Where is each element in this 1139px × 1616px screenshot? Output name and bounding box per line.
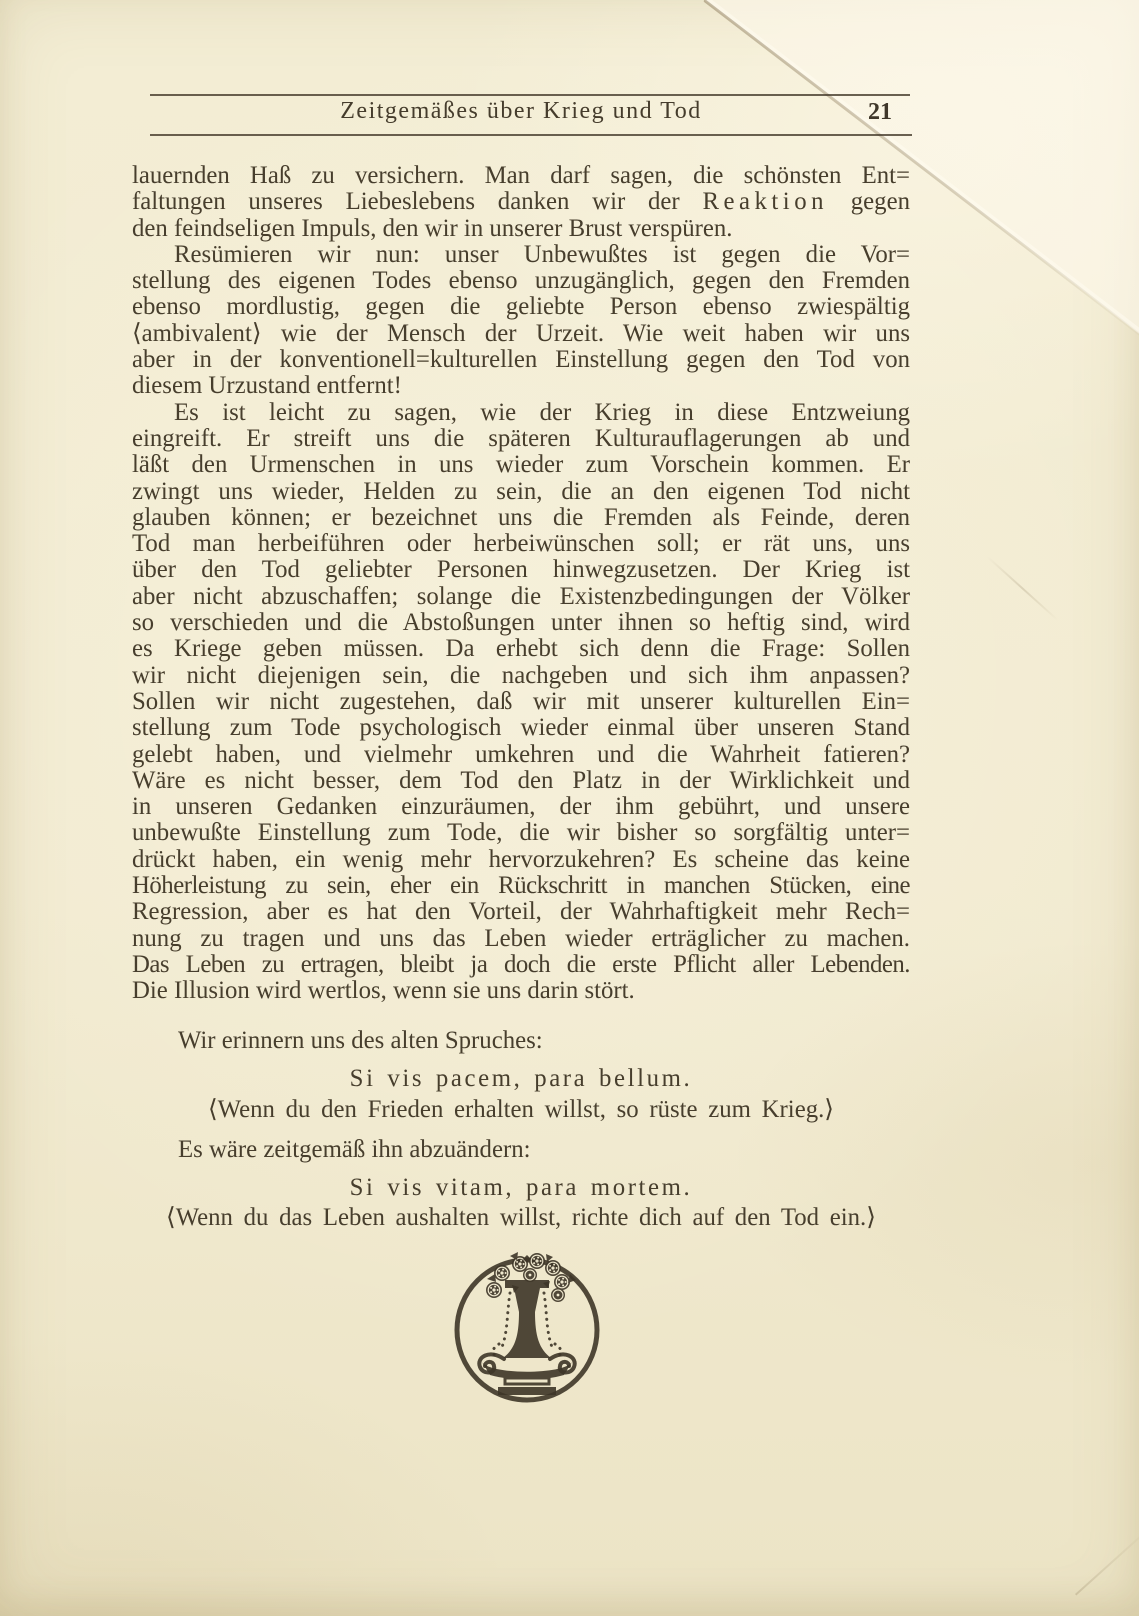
text-line: stellung zum Tode psychologisch wieder e… xyxy=(132,715,910,741)
latin-quote: Si vis pacem, para bellum. xyxy=(132,1066,910,1092)
header-rule-top xyxy=(150,94,910,96)
text-line: über den Tod geliebter Personen hinwegzu… xyxy=(132,557,910,583)
text-line: Die Illusion wird wertlos, wenn sie uns … xyxy=(132,978,910,1004)
header-rule-bottom xyxy=(150,134,912,136)
text-line: Es ist leicht zu sagen, wie der Krieg in… xyxy=(132,400,910,426)
printers-ornament-graphic xyxy=(442,1247,612,1417)
text-line: unbewußte Einstellung zum Tode, die wir … xyxy=(132,820,910,846)
text-line: den feindseligen Impuls, den wir in unse… xyxy=(132,216,910,242)
letterspaced-word: Reaktion xyxy=(702,188,828,215)
aphorism-intro: Wir erinnern uns des alten Spruches: xyxy=(132,1028,910,1054)
text-line: lauernden Haß zu versichern. Man darf sa… xyxy=(132,163,910,189)
text-line: aber nicht abzuschaffen; solange die Exi… xyxy=(132,584,910,610)
text-line: Resümieren wir nun: unser Unbewußtes ist… xyxy=(132,242,910,268)
corner-crease-mark xyxy=(1075,1532,1139,1595)
text-line: diesem Urzustand entfernt! xyxy=(132,373,910,399)
text-line: wir nicht diejenigen sein, die nachgeben… xyxy=(132,663,910,689)
text-line: nung zu tragen und uns das Leben wieder … xyxy=(132,926,910,952)
text-line: faltungen unseres Liebeslebens danken wi… xyxy=(132,189,910,215)
text-line: Höherleistung zu sein, eher ein Rückschr… xyxy=(132,873,910,899)
body-text-column: lauernden Haß zu versichern. Man darf sa… xyxy=(132,163,910,1005)
text-line: läßt den Urmenschen in uns wieder zum Vo… xyxy=(132,452,910,478)
text-line: Sollen wir nicht zugestehen, daß wir mit… xyxy=(132,689,910,715)
text-line: so verschieden und die Abstoßungen unter… xyxy=(132,610,910,636)
page-number: 21 xyxy=(858,99,902,126)
text-line: eingreift. Er streift uns die späteren K… xyxy=(132,426,910,452)
text-line: stellung des eigenen Todes ebenso unzugä… xyxy=(132,268,910,294)
text-line: Tod man herbeiführen oder herbeiwünschen… xyxy=(132,531,910,557)
aphorism-section: Wir erinnern uns des alten Spruches:Si v… xyxy=(132,1014,910,1239)
quote-translation: ⟨Wenn du den Frieden erhalten willst, so… xyxy=(132,1097,910,1123)
quote-translation: ⟨Wenn du das Leben aushalten willst, ric… xyxy=(132,1205,910,1231)
text-line: in unseren Gedanken einzuräumen, der ihm… xyxy=(132,794,910,820)
text-line: drückt haben, ein wenig mehr hervorzukeh… xyxy=(132,847,910,873)
header-title: Zeitgemäßes über Krieg und Tod xyxy=(132,98,910,125)
text-line: glauben können; er bezeichnet uns die Fr… xyxy=(132,505,910,531)
latin-quote: Si vis vitam, para mortem. xyxy=(132,1175,910,1201)
aphorism-intro: Es wäre zeitgemäß ihn abzuändern: xyxy=(132,1137,910,1163)
text-line: gelebt haben, und vielmehr umkehren und … xyxy=(132,742,910,768)
text-line: zwingt uns wieder, Helden zu sein, die a… xyxy=(132,479,910,505)
text-line: Wäre es nicht besser, dem Tod den Platz … xyxy=(132,768,910,794)
text-line: ⟨ambivalent⟩ wie der Mensch der Urzeit. … xyxy=(132,321,910,347)
text-line: es Kriege geben müssen. Da erhebt sich d… xyxy=(132,636,910,662)
book-page-scan: Zeitgemäßes über Krieg und Tod 21 lauern… xyxy=(0,0,1139,1616)
text-line: aber in der konventionell=kulturellen Ei… xyxy=(132,347,910,373)
text-line: ebenso mordlustig, gegen die geliebte Pe… xyxy=(132,294,910,320)
faint-crease-mark xyxy=(987,556,1059,621)
text-line: Das Leben zu ertragen, bleibt ja doch di… xyxy=(132,952,910,978)
printers-ornament xyxy=(442,1247,612,1417)
text-line: Regression, aber es hat den Vorteil, der… xyxy=(132,899,910,925)
